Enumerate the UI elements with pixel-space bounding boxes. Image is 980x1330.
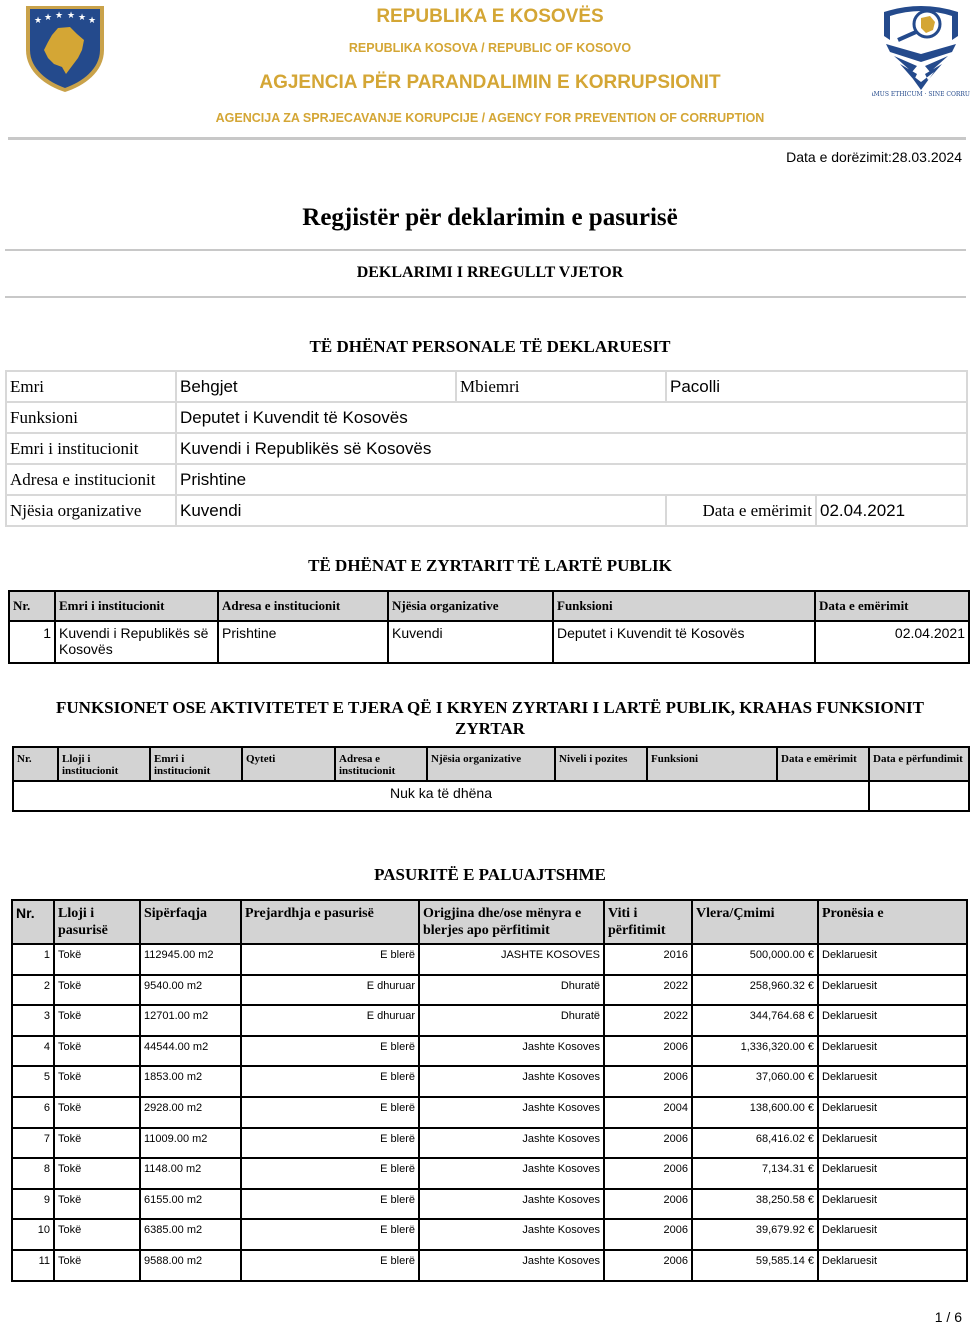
col-nr: Nr. xyxy=(12,900,54,944)
cell-value: 344,764.68 € xyxy=(692,1005,818,1036)
surname-label: Mbiemri xyxy=(456,371,666,402)
cell-ownership: Deklaruesit xyxy=(818,1158,967,1189)
col-asset-type: Lloji i pasurisë xyxy=(54,900,140,944)
cell-asset-type: Tokë xyxy=(54,944,140,975)
svg-text:LABORAMUS ETHICUM · SINE CORRU: LABORAMUS ETHICUM · SINE CORRUPTIONE xyxy=(872,91,970,98)
name-value: Behgjet xyxy=(176,371,456,402)
cell-value: 38,250.58 € xyxy=(692,1189,818,1220)
document-header: ★★★ ★★★ REPUBLIKA E KOSOVËS REPUBLIKA KO… xyxy=(0,0,980,140)
table-row: 7Tokë11009.00 m2E blerëJashte Kosoves200… xyxy=(12,1128,967,1159)
empty-cell xyxy=(869,781,969,811)
col-institution-type: Lloji i institucionit xyxy=(58,747,150,781)
personal-data-table: Emri Behgjet Mbiemri Pacolli Funksioni D… xyxy=(5,370,968,527)
col-unit: Njësia organizative xyxy=(427,747,555,781)
cell-area: 2928.00 m2 xyxy=(140,1097,241,1128)
cell-acquisition-source: JASHTE KOSOVES xyxy=(419,944,604,975)
col-appointment-date: Data e emërimit xyxy=(777,747,869,781)
col-acquisition-year: Viti i përfitimit xyxy=(604,900,692,944)
divider xyxy=(5,296,966,298)
cell-ownership: Deklaruesit xyxy=(818,1128,967,1159)
declaration-type: DEKLARIMI I RREGULLT VJETOR xyxy=(0,264,980,282)
col-institution-name: Emri i institucionit xyxy=(150,747,242,781)
cell-nr: 6 xyxy=(12,1097,54,1128)
header-republic-title: REPUBLIKA E KOSOVËS xyxy=(0,6,980,28)
section-title-official: TË DHËNAT E ZYRTARIT TË LARTË PUBLIK xyxy=(0,556,980,576)
cell-origin: E blerë xyxy=(241,1097,419,1128)
cell-nr: 7 xyxy=(12,1128,54,1159)
function-label: Funksioni xyxy=(6,402,176,433)
unit-label: Njësia organizative xyxy=(6,495,176,526)
cell-acquisition-year: 2016 xyxy=(604,944,692,975)
appointment-value: 02.04.2021 xyxy=(816,495,967,526)
header-divider xyxy=(8,137,966,140)
cell-nr: 2 xyxy=(12,975,54,1006)
cell-value: 59,585.14 € xyxy=(692,1250,818,1281)
cell-acquisition-year: 2006 xyxy=(604,1189,692,1220)
col-end-date: Data e përfundimit xyxy=(869,747,969,781)
table-row: 3Tokë12701.00 m2E dhuruarDhuratë2022344,… xyxy=(12,1005,967,1036)
cell-asset-type: Tokë xyxy=(54,1158,140,1189)
cell-address: Prishtine xyxy=(218,621,388,663)
cell-nr: 3 xyxy=(12,1005,54,1036)
header-republic-subtitle: REPUBLIKA KOSOVA / REPUBLIC OF KOSOVO xyxy=(0,41,980,55)
col-value: Vlera/Çmimi xyxy=(692,900,818,944)
cell-acquisition-year: 2006 xyxy=(604,1036,692,1067)
cell-area: 11009.00 m2 xyxy=(140,1128,241,1159)
cell-origin: E blerë xyxy=(241,1036,419,1067)
cell-asset-type: Tokë xyxy=(54,1036,140,1067)
immovable-assets-table: Nr. Lloji i pasurisë Sipërfaqja Prejardh… xyxy=(11,899,968,1282)
page-title: Regjistër për deklarimin e pasurisë xyxy=(0,204,980,232)
appointment-label: Data e emërimit xyxy=(666,495,816,526)
cell-function: Deputet i Kuvendit të Kosovës xyxy=(553,621,815,663)
official-data-table: Nr. Emri i institucionit Adresa e instit… xyxy=(8,590,970,664)
cell-origin: E blerë xyxy=(241,1066,419,1097)
cell-value: 68,416.02 € xyxy=(692,1128,818,1159)
cell-origin: E blerë xyxy=(241,1189,419,1220)
cell-value: 39,679.92 € xyxy=(692,1219,818,1250)
other-functions-table: Nr. Lloji i institucionit Emri i institu… xyxy=(12,746,970,812)
cell-ownership: Deklaruesit xyxy=(818,975,967,1006)
cell-asset-type: Tokë xyxy=(54,1189,140,1220)
unit-value: Kuvendi xyxy=(176,495,666,526)
col-address: Adresa e institucionit xyxy=(218,591,388,621)
empty-message: Nuk ka të dhëna xyxy=(13,781,869,811)
anti-corruption-agency-logo-icon: LABORAMUS ETHICUM · SINE CORRUPTIONE xyxy=(872,2,970,98)
col-address: Adresa e institucionit xyxy=(335,747,427,781)
personal-row-name: Emri Behgjet Mbiemri Pacolli xyxy=(6,371,967,402)
cell-asset-type: Tokë xyxy=(54,1128,140,1159)
col-area: Sipërfaqja xyxy=(140,900,241,944)
cell-nr: 8 xyxy=(12,1158,54,1189)
cell-acquisition-source: Jashte Kosoves xyxy=(419,1250,604,1281)
cell-area: 12701.00 m2 xyxy=(140,1005,241,1036)
col-city: Qyteti xyxy=(242,747,335,781)
institution-label: Emri i institucionit xyxy=(6,433,176,464)
cell-acquisition-year: 2006 xyxy=(604,1158,692,1189)
functions-table-header: Nr. Lloji i institucionit Emri i institu… xyxy=(13,747,969,781)
cell-acquisition-year: 2022 xyxy=(604,975,692,1006)
table-row: 6Tokë2928.00 m2E blerëJashte Kosoves2004… xyxy=(12,1097,967,1128)
col-nr: Nr. xyxy=(13,747,58,781)
table-row: 9Tokë6155.00 m2E blerëJashte Kosoves2006… xyxy=(12,1189,967,1220)
divider xyxy=(5,249,966,251)
cell-ownership: Deklaruesit xyxy=(818,1097,967,1128)
col-institution: Emri i institucionit xyxy=(55,591,218,621)
cell-nr: 11 xyxy=(12,1250,54,1281)
cell-ownership: Deklaruesit xyxy=(818,1005,967,1036)
personal-row-address: Adresa e institucionit Prishtine xyxy=(6,464,967,495)
table-row: 10Tokë6385.00 m2E blerëJashte Kosoves200… xyxy=(12,1219,967,1250)
official-table-header: Nr. Emri i institucionit Adresa e instit… xyxy=(9,591,969,621)
cell-asset-type: Tokë xyxy=(54,1005,140,1036)
cell-asset-type: Tokë xyxy=(54,1250,140,1281)
col-ownership: Pronësia e xyxy=(818,900,967,944)
cell-institution: Kuvendi i Republikës së Kosovës xyxy=(55,621,218,663)
cell-nr: 1 xyxy=(9,621,55,663)
personal-row-unit: Njësia organizative Kuvendi Data e emëri… xyxy=(6,495,967,526)
cell-origin: E blerë xyxy=(241,1250,419,1281)
cell-date: 02.04.2021 xyxy=(815,621,969,663)
cell-acquisition-year: 2004 xyxy=(604,1097,692,1128)
cell-nr: 5 xyxy=(12,1066,54,1097)
col-appointment-date: Data e emërimit xyxy=(815,591,969,621)
cell-value: 138,600.00 € xyxy=(692,1097,818,1128)
assets-table-header: Nr. Lloji i pasurisë Sipërfaqja Prejardh… xyxy=(12,900,967,944)
cell-asset-type: Tokë xyxy=(54,1066,140,1097)
cell-acquisition-source: Jashte Kosoves xyxy=(419,1066,604,1097)
table-row: 8Tokë1148.00 m2E blerëJashte Kosoves2006… xyxy=(12,1158,967,1189)
section-title-immovable-assets: PASURITË E PALUAJTSHME xyxy=(0,865,980,885)
cell-ownership: Deklaruesit xyxy=(818,1066,967,1097)
col-unit: Njësia organizative xyxy=(388,591,553,621)
cell-value: 258,960.32 € xyxy=(692,975,818,1006)
table-row: 1 Kuvendi i Republikës së Kosovës Prisht… xyxy=(9,621,969,663)
col-function: Funksioni xyxy=(553,591,815,621)
table-row: 2Tokë9540.00 m2E dhuruarDhuratë2022258,9… xyxy=(12,975,967,1006)
cell-acquisition-year: 2006 xyxy=(604,1128,692,1159)
cell-acquisition-source: Jashte Kosoves xyxy=(419,1158,604,1189)
cell-nr: 4 xyxy=(12,1036,54,1067)
cell-acquisition-source: Jashte Kosoves xyxy=(419,1036,604,1067)
cell-ownership: Deklaruesit xyxy=(818,1219,967,1250)
col-position-level: Niveli i pozites xyxy=(555,747,647,781)
function-value: Deputet i Kuvendit të Kosovës xyxy=(176,402,967,433)
cell-acquisition-source: Jashte Kosoves xyxy=(419,1097,604,1128)
cell-area: 6155.00 m2 xyxy=(140,1189,241,1220)
cell-value: 7,134.31 € xyxy=(692,1158,818,1189)
personal-row-function: Funksioni Deputet i Kuvendit të Kosovës xyxy=(6,402,967,433)
cell-origin: E dhuruar xyxy=(241,1005,419,1036)
cell-area: 1853.00 m2 xyxy=(140,1066,241,1097)
cell-value: 500,000.00 € xyxy=(692,944,818,975)
cell-unit: Kuvendi xyxy=(388,621,553,663)
table-row: 1Tokë112945.00 m2E blerëJASHTE KOSOVES20… xyxy=(12,944,967,975)
cell-acquisition-year: 2006 xyxy=(604,1250,692,1281)
cell-acquisition-year: 2022 xyxy=(604,1005,692,1036)
cell-origin: E blerë xyxy=(241,1158,419,1189)
cell-origin: E blerë xyxy=(241,944,419,975)
surname-value: Pacolli xyxy=(666,371,967,402)
cell-acquisition-source: Jashte Kosoves xyxy=(419,1128,604,1159)
col-nr: Nr. xyxy=(9,591,55,621)
cell-area: 44544.00 m2 xyxy=(140,1036,241,1067)
cell-ownership: Deklaruesit xyxy=(818,1189,967,1220)
cell-area: 112945.00 m2 xyxy=(140,944,241,975)
cell-value: 37,060.00 € xyxy=(692,1066,818,1097)
col-acquisition-source: Origjina dhe/ose mënyra e blerjes apo pë… xyxy=(419,900,604,944)
address-value: Prishtine xyxy=(176,464,967,495)
cell-acquisition-source: Dhuratë xyxy=(419,1005,604,1036)
cell-area: 6385.00 m2 xyxy=(140,1219,241,1250)
col-function: Funksioni xyxy=(647,747,777,781)
section-title-personal: TË DHËNAT PERSONALE TË DEKLARUESIT xyxy=(0,337,980,357)
col-origin: Prejardhja e pasurisë xyxy=(241,900,419,944)
cell-ownership: Deklaruesit xyxy=(818,1250,967,1281)
cell-nr: 10 xyxy=(12,1219,54,1250)
submission-date: Data e dorëzimit:28.03.2024 xyxy=(786,149,962,165)
cell-asset-type: Tokë xyxy=(54,1219,140,1250)
cell-acquisition-source: Jashte Kosoves xyxy=(419,1189,604,1220)
table-row: 4Tokë44544.00 m2E blerëJashte Kosoves200… xyxy=(12,1036,967,1067)
cell-nr: 9 xyxy=(12,1189,54,1220)
page-indicator: 1 / 6 xyxy=(935,1309,962,1325)
empty-row: Nuk ka të dhëna xyxy=(13,781,969,811)
cell-area: 1148.00 m2 xyxy=(140,1158,241,1189)
header-agency-title: AGJENCIA PËR PARANDALIMIN E KORRUPSIONIT xyxy=(0,72,980,94)
cell-asset-type: Tokë xyxy=(54,1097,140,1128)
cell-acquisition-source: Jashte Kosoves xyxy=(419,1219,604,1250)
assets-table-body: 1Tokë112945.00 m2E blerëJASHTE KOSOVES20… xyxy=(12,944,967,1281)
table-row: 11Tokë9588.00 m2E blerëJashte Kosoves200… xyxy=(12,1250,967,1281)
cell-ownership: Deklaruesit xyxy=(818,1036,967,1067)
cell-origin: E dhuruar xyxy=(241,975,419,1006)
cell-nr: 1 xyxy=(12,944,54,975)
cell-acquisition-year: 2006 xyxy=(604,1219,692,1250)
table-row: 5Tokë1853.00 m2E blerëJashte Kosoves2006… xyxy=(12,1066,967,1097)
cell-acquisition-year: 2006 xyxy=(604,1066,692,1097)
institution-value: Kuvendi i Republikës së Kosovës xyxy=(176,433,967,464)
cell-origin: E blerë xyxy=(241,1128,419,1159)
cell-value: 1,336,320.00 € xyxy=(692,1036,818,1067)
cell-area: 9588.00 m2 xyxy=(140,1250,241,1281)
cell-acquisition-source: Dhuratë xyxy=(419,975,604,1006)
personal-row-institution: Emri i institucionit Kuvendi i Republikë… xyxy=(6,433,967,464)
section-title-other-functions: FUNKSIONET OSE AKTIVITETET E TJERA QË I … xyxy=(0,697,980,739)
cell-origin: E blerë xyxy=(241,1219,419,1250)
header-agency-subtitle: AGENCIJA ZA SPRJECAVANJE KORUPCIJE / AGE… xyxy=(0,111,980,125)
name-label: Emri xyxy=(6,371,176,402)
cell-asset-type: Tokë xyxy=(54,975,140,1006)
cell-ownership: Deklaruesit xyxy=(818,944,967,975)
cell-area: 9540.00 m2 xyxy=(140,975,241,1006)
address-label: Adresa e institucionit xyxy=(6,464,176,495)
